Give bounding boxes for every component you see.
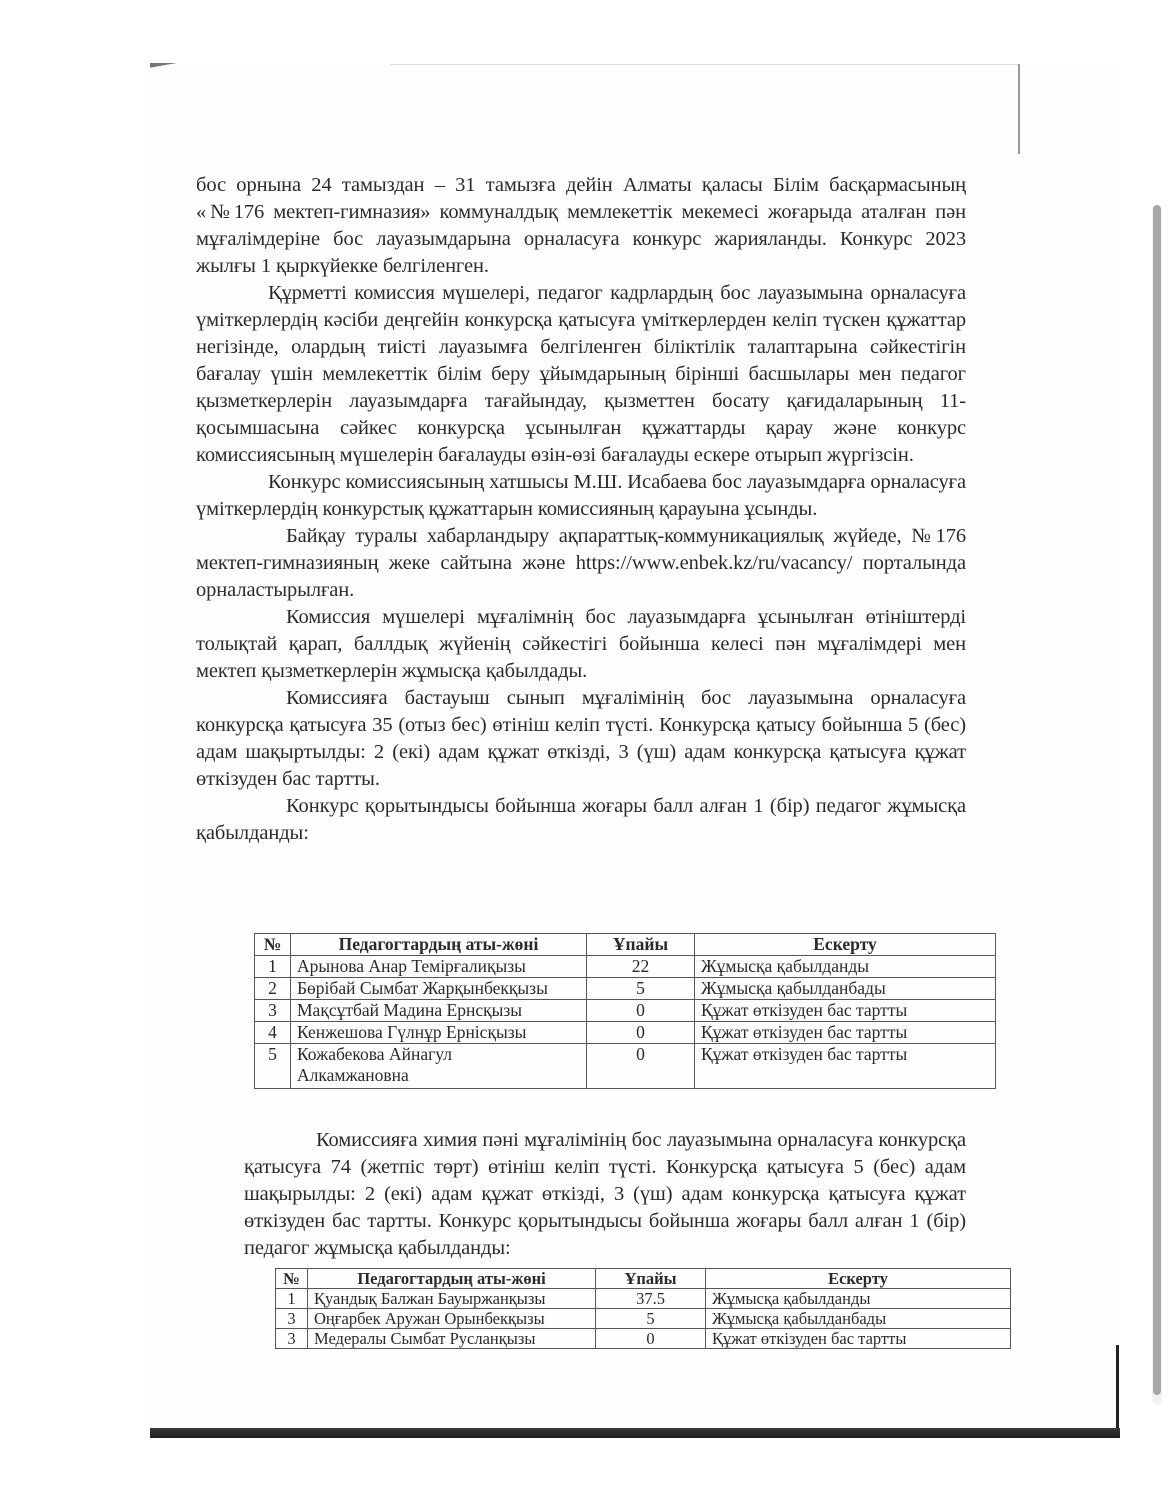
table-row: 3 Медералы Сымбат Русланқызы 0 Құжат өтк… — [276, 1329, 1011, 1349]
header-name: Педагогтардың аты-жөні — [291, 934, 587, 956]
page-bottom-edge — [150, 1428, 1120, 1438]
cell-score: 5 — [596, 1309, 706, 1329]
table-row: 3 Оңғарбек Аружан Орынбекқызы 5 Жұмысқа … — [276, 1309, 1011, 1329]
cell-num: 2 — [255, 978, 291, 1000]
page-corner-mark — [150, 63, 180, 71]
table-row: 1 Арынова Анар Темірғалиқызы 22 Жұмысқа … — [255, 956, 996, 978]
page-top-edge — [390, 64, 1020, 65]
header-num: № — [276, 1269, 308, 1289]
cell-name: Арынова Анар Темірғалиқызы — [291, 956, 587, 978]
paragraph-7: Конкурс қорытындысы бойынша жоғары балл … — [196, 793, 966, 847]
header-num: № — [255, 934, 291, 956]
paragraph-chemistry: Комиссияға химия пәні мұғалімінің бос ла… — [244, 1127, 966, 1262]
cell-note: Құжат өткізуден бас тартты — [695, 1044, 996, 1089]
cell-num: 3 — [276, 1309, 308, 1329]
paragraph-4: Байқау туралы хабарландыру ақпараттық-ко… — [196, 523, 966, 604]
results-table-primary: № Педагогтардың аты-жөні Ұпайы Ескерту 1… — [254, 933, 996, 1089]
cell-score: 0 — [587, 1022, 695, 1044]
cell-score: 5 — [587, 978, 695, 1000]
header-name: Педагогтардың аты-жөні — [308, 1269, 596, 1289]
scrollbar-thumb[interactable] — [1153, 205, 1161, 1395]
cell-name: Кожабекова Айнагул Алкамжановна — [291, 1044, 587, 1089]
paragraph-5: Комиссия мүшелері мұғалімнің бос лауазым… — [196, 604, 966, 685]
cell-note: Жұмысқа қабылданды — [695, 956, 996, 978]
cell-note: Құжат өткізуден бас тартты — [695, 1000, 996, 1022]
results-table-chemistry: № Педагогтардың аты-жөні Ұпайы Ескерту 1… — [275, 1268, 1011, 1349]
cell-score: 37.5 — [596, 1289, 706, 1309]
header-note: Ескерту — [695, 934, 996, 956]
cell-note: Жұмысқа қабылданбады — [695, 978, 996, 1000]
paragraph-3: Конкурс комиссиясының хатшысы М.Ш. Исаба… — [196, 469, 966, 523]
table-row: 1 Қуандық Балжан Бауыржанқызы 37.5 Жұмыс… — [276, 1289, 1011, 1309]
table-row: 5 Кожабекова Айнагул Алкамжановна 0 Құжа… — [255, 1044, 996, 1089]
header-score: Ұпайы — [596, 1269, 706, 1289]
cell-name: Кенжешова Гүлнұр Ернісқызы — [291, 1022, 587, 1044]
table-row: 2 Бөрібай Сымбат Жарқынбекқызы 5 Жұмысқа… — [255, 978, 996, 1000]
paragraph-2: Құрметті комиссия мүшелері, педагог кадр… — [196, 280, 966, 469]
cell-num: 1 — [255, 956, 291, 978]
cell-name: Мақсұтбай Мадина Ернсқызы — [291, 1000, 587, 1022]
table-row: 3 Мақсұтбай Мадина Ернсқызы 0 Құжат өткі… — [255, 1000, 996, 1022]
table-row: 4 Кенжешова Гүлнұр Ернісқызы 0 Құжат өтк… — [255, 1022, 996, 1044]
page-right-edge — [1018, 64, 1020, 154]
cell-name: Бөрібай Сымбат Жарқынбекқызы — [291, 978, 587, 1000]
paragraph-8: Комиссияға химия пәні мұғалімінің бос ла… — [244, 1127, 966, 1262]
cell-num: 4 — [255, 1022, 291, 1044]
paragraph-1: бос орнына 24 тамыздан – 31 тамызға дейі… — [196, 172, 966, 280]
header-score: Ұпайы — [587, 934, 695, 956]
paragraph-6: Комиссияға бастауыш сынып мұғалімінің бо… — [196, 685, 966, 793]
table-header-row: № Педагогтардың аты-жөні Ұпайы Ескерту — [255, 934, 996, 956]
cell-note: Жұмысқа қабылданды — [706, 1289, 1011, 1309]
cell-num: 1 — [276, 1289, 308, 1309]
header-note: Ескерту — [706, 1269, 1011, 1289]
cell-note: Құжат өткізуден бас тартты — [706, 1329, 1011, 1349]
cell-note: Жұмысқа қабылданбады — [706, 1309, 1011, 1329]
cell-score: 0 — [587, 1044, 695, 1089]
cell-num: 5 — [255, 1044, 291, 1089]
cell-score: 0 — [587, 1000, 695, 1022]
cell-score: 22 — [587, 956, 695, 978]
cell-name: Медералы Сымбат Русланқызы — [308, 1329, 596, 1349]
paragraph-intro: бос орнына 24 тамыздан – 31 тамызға дейі… — [196, 172, 966, 847]
cell-score: 0 — [596, 1329, 706, 1349]
cell-note: Құжат өткізуден бас тартты — [695, 1022, 996, 1044]
cell-num: 3 — [255, 1000, 291, 1022]
cell-name: Қуандық Балжан Бауыржанқызы — [308, 1289, 596, 1309]
table-header-row: № Педагогтардың аты-жөні Ұпайы Ескерту — [276, 1269, 1011, 1289]
page-right-edge-shadow — [1116, 1345, 1119, 1430]
cell-name: Оңғарбек Аружан Орынбекқызы — [308, 1309, 596, 1329]
cell-num: 3 — [276, 1329, 308, 1349]
